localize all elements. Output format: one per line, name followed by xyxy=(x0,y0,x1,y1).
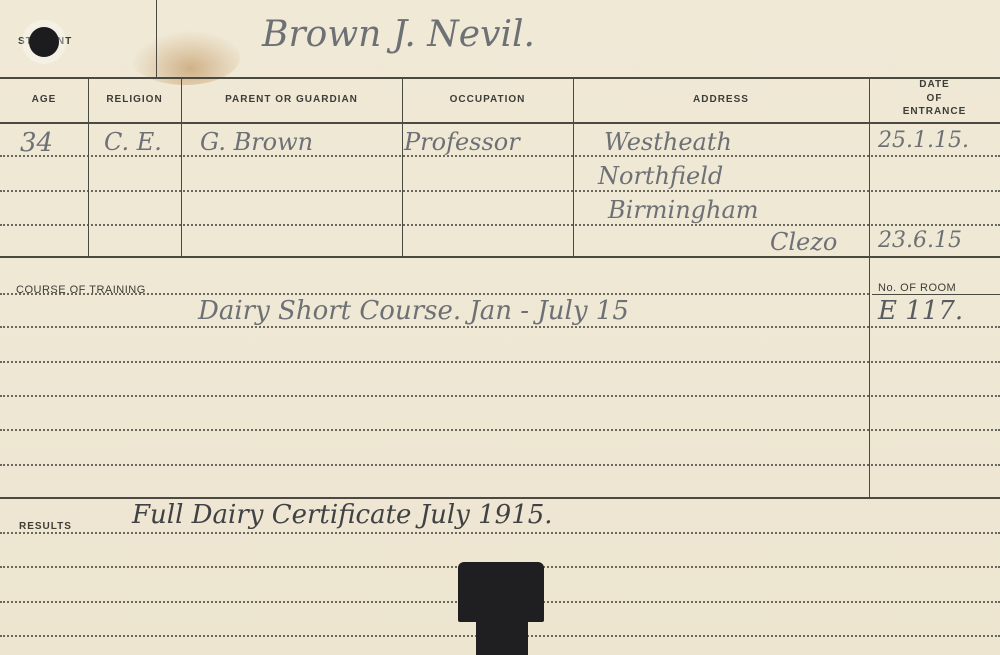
rule xyxy=(0,77,1000,79)
dotted-rule xyxy=(0,190,1000,192)
parent-value: G. Brown xyxy=(200,128,313,156)
occupation-value: Professor xyxy=(404,128,520,156)
header-divider xyxy=(156,0,157,78)
dotted-rule xyxy=(0,224,1000,226)
parent-header: PARENT OR GUARDIAN xyxy=(181,93,402,107)
date-header-line2: OF xyxy=(869,92,1000,106)
address-line-4: Clezo xyxy=(770,228,837,256)
dotted-rule xyxy=(0,361,1000,363)
age-header: AGE xyxy=(0,93,88,107)
index-tab-stem xyxy=(476,610,528,655)
address-line-1: Westheath xyxy=(604,128,732,156)
dotted-rule xyxy=(0,326,1000,328)
room-label: No. OF ROOM xyxy=(878,281,956,295)
address-line-2: Northfield xyxy=(598,162,723,190)
rule xyxy=(872,294,1000,295)
student-name: Brown J. Nevil. xyxy=(262,14,535,55)
date-header-line1: DATE xyxy=(869,78,1000,92)
punch-hole xyxy=(29,27,59,57)
date-entrance-value: 25.1.15. xyxy=(878,128,969,153)
religion-header: RELIGION xyxy=(88,93,181,107)
rule xyxy=(0,497,1000,499)
room-value: E 117. xyxy=(878,296,963,326)
rule xyxy=(0,256,1000,258)
occupation-header: OCCUPATION xyxy=(402,93,573,107)
dotted-rule xyxy=(0,429,1000,431)
results-value: Full Dairy Certificate July 1915. xyxy=(132,500,553,530)
rule xyxy=(0,122,1000,124)
religion-value: C. E. xyxy=(104,128,162,156)
age-value: 34 xyxy=(20,128,53,158)
student-record-card: STUDENT Brown J. Nevil. AGE RELIGION PAR… xyxy=(0,0,1000,655)
dotted-rule xyxy=(0,532,1000,534)
address-line-3: Birmingham xyxy=(608,196,759,224)
dotted-rule xyxy=(0,395,1000,397)
address-header: ADDRESS xyxy=(573,93,869,107)
dotted-rule xyxy=(0,464,1000,466)
col-divider xyxy=(869,78,870,498)
date-leaving-value: 23.6.15 xyxy=(878,228,962,253)
date-header-line3: ENTRANCE xyxy=(869,105,1000,119)
dotted-rule xyxy=(0,293,869,295)
course-value: Dairy Short Course. Jan - July 15 xyxy=(198,296,629,326)
